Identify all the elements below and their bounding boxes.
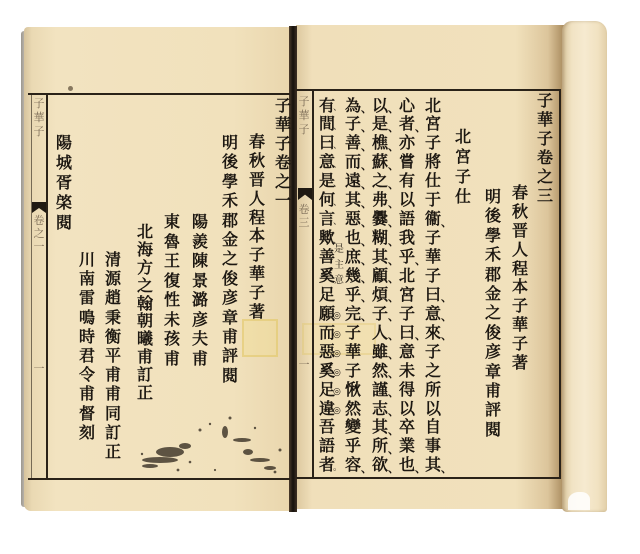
glyph: 之 bbox=[274, 172, 292, 191]
glyph: 、 bbox=[415, 327, 427, 346]
blank-cell bbox=[415, 422, 427, 441]
glyph: 君 bbox=[78, 346, 96, 365]
blank-cell bbox=[333, 288, 345, 307]
glyph: 、 bbox=[441, 460, 453, 479]
glyph: 、 bbox=[388, 176, 400, 195]
glyph: 之 bbox=[536, 167, 554, 186]
glyph: 、 bbox=[388, 327, 400, 346]
blank-cell bbox=[441, 384, 453, 403]
blank-cell bbox=[361, 365, 373, 384]
glyph: 俊 bbox=[484, 323, 502, 342]
glyph: 、 bbox=[441, 214, 453, 233]
glyph: 孩 bbox=[163, 329, 181, 349]
glyph: 子 bbox=[536, 91, 554, 110]
glyph: 、 bbox=[361, 138, 373, 157]
glyph: 刻 bbox=[78, 423, 96, 442]
glyph: 、 bbox=[333, 194, 345, 213]
glyph: 源 bbox=[104, 269, 122, 288]
right-banxin-title: 子華子 bbox=[297, 95, 311, 137]
glyph: 、 bbox=[388, 119, 400, 138]
glyph: 子 bbox=[32, 125, 46, 139]
glyph: 、 bbox=[388, 100, 400, 119]
glyph: 著 bbox=[511, 354, 529, 373]
blank-cell bbox=[441, 119, 453, 138]
right-page-top-rule bbox=[296, 89, 561, 91]
glyph: 督 bbox=[78, 404, 96, 423]
glyph: 志 bbox=[371, 400, 389, 419]
glyph: 潞 bbox=[191, 290, 209, 310]
glyph: 景 bbox=[191, 271, 209, 291]
glyph: 夫 bbox=[191, 329, 209, 349]
glyph: 衡 bbox=[104, 327, 122, 346]
glyph: 而 bbox=[344, 153, 362, 172]
glyph: 卷 bbox=[274, 153, 292, 172]
glyph: 時 bbox=[78, 327, 96, 346]
glyph: 甫 bbox=[221, 327, 239, 346]
glyph: 。 bbox=[333, 459, 345, 478]
glyph: 樵 bbox=[371, 134, 389, 153]
glyph: 、 bbox=[388, 308, 400, 327]
blank-cell bbox=[415, 384, 427, 403]
blank-cell bbox=[441, 422, 453, 441]
side-annotation: 是主意 bbox=[333, 242, 345, 289]
glyph: 復 bbox=[163, 271, 181, 291]
proofreader-line: 清源趙秉衡平甫甫同訂正 bbox=[104, 250, 122, 461]
glyph: 庶 bbox=[344, 248, 362, 267]
glyph: 語 bbox=[398, 210, 416, 229]
glyph: 、 bbox=[361, 119, 373, 138]
glyph: ◎ bbox=[333, 307, 345, 326]
glyph: 嘗 bbox=[398, 153, 416, 172]
glyph: 子 bbox=[248, 284, 266, 303]
glyph: 後 bbox=[221, 152, 239, 171]
glyph: 甫 bbox=[163, 349, 181, 369]
glyph: 閱 bbox=[221, 366, 239, 385]
glyph: 北 bbox=[136, 223, 154, 241]
glyph: 、 bbox=[388, 252, 400, 271]
glyph: 其 bbox=[344, 191, 362, 210]
glyph: 為 bbox=[344, 97, 362, 116]
book-photo: 子華子 卷之一 一 子華子卷之一 春秋晋人程本子華子著 明後學禾郡金之俊彦章甫評… bbox=[0, 0, 640, 554]
glyph: 翰 bbox=[136, 295, 154, 313]
blank-cell bbox=[441, 233, 453, 252]
glyph: ◎ bbox=[333, 345, 345, 364]
glyph: 、 bbox=[388, 460, 400, 479]
blank-cell bbox=[361, 384, 373, 403]
glyph: 後 bbox=[484, 206, 502, 225]
glyph: 程 bbox=[248, 209, 266, 228]
glyph: 意 bbox=[333, 273, 345, 289]
blank-cell bbox=[441, 157, 453, 176]
glyph: 、 bbox=[361, 460, 373, 479]
glyph: 、 bbox=[361, 270, 373, 289]
left-page-inner-rule bbox=[46, 94, 48, 479]
glyph: 金 bbox=[221, 230, 239, 249]
glyph: 、 bbox=[388, 157, 400, 176]
torn-corner bbox=[568, 492, 590, 510]
glyph: 子 bbox=[344, 362, 362, 381]
glyph: 、 bbox=[361, 157, 373, 176]
glyph: 一 bbox=[297, 358, 311, 372]
glyph: 著 bbox=[248, 303, 266, 322]
glyph: 章 bbox=[484, 362, 502, 381]
glyph: 、 bbox=[361, 289, 373, 308]
glyph: 華 bbox=[274, 115, 292, 134]
glyph: 一 bbox=[32, 362, 46, 376]
blank-cell bbox=[415, 308, 427, 327]
glyph: 乎 bbox=[344, 286, 362, 305]
glyph: 心 bbox=[398, 97, 416, 116]
glyph: 禾 bbox=[221, 191, 239, 210]
glyph: 性 bbox=[163, 290, 181, 310]
glyph: ◎ bbox=[333, 383, 345, 402]
glyph: 之 bbox=[221, 249, 239, 268]
right-banxin-volume: 卷三 bbox=[297, 203, 311, 229]
glyph: 章 bbox=[221, 308, 239, 327]
glyph: 欲 bbox=[371, 456, 389, 475]
glyph: 蘇 bbox=[371, 153, 389, 172]
glyph: 魯 bbox=[163, 232, 181, 252]
glyph: 善 bbox=[344, 134, 362, 153]
blank-cell bbox=[415, 195, 427, 214]
blank-cell bbox=[441, 252, 453, 271]
volume-heading: 子華子卷之一 bbox=[274, 96, 292, 210]
glyph: 朝 bbox=[136, 312, 154, 330]
glyph: 變 bbox=[344, 418, 362, 437]
glyph: 郡 bbox=[221, 211, 239, 230]
glyph: 弗 bbox=[371, 191, 389, 210]
editor-line: 陽羨陳景潞彦夫甫 bbox=[191, 212, 209, 368]
blank-cell bbox=[441, 195, 453, 214]
blank-cell bbox=[441, 346, 453, 365]
chapter-title: 北宮子仕 bbox=[454, 127, 472, 207]
glyph: 子 bbox=[32, 97, 46, 111]
glyph: 甫 bbox=[104, 384, 122, 403]
glyph: 華 bbox=[536, 110, 554, 129]
glyph: 三 bbox=[536, 186, 554, 205]
glyph: 、 bbox=[361, 308, 373, 327]
glyph: 爨 bbox=[371, 210, 389, 229]
glyph: 、 bbox=[361, 195, 373, 214]
glyph: 秉 bbox=[104, 308, 122, 327]
right-banxin-page-number: 一 bbox=[297, 358, 311, 372]
glyph: 以 bbox=[371, 97, 389, 116]
blank-cell bbox=[415, 403, 427, 422]
glyph: 、 bbox=[415, 119, 427, 138]
glyph: 本 bbox=[511, 278, 529, 297]
glyph: 春 bbox=[511, 184, 529, 203]
glyph: 也 bbox=[344, 229, 362, 248]
glyph: 華 bbox=[297, 109, 311, 123]
reviewer-line: 明後學禾郡金之俊彦章甫評閱 bbox=[484, 187, 502, 439]
glyph: 、 bbox=[388, 233, 400, 252]
glyph: 卷 bbox=[32, 214, 46, 227]
left-banxin-volume: 卷之一 bbox=[32, 214, 46, 253]
left-page-bottom-rule bbox=[28, 478, 290, 480]
glyph: 明 bbox=[221, 133, 239, 152]
glyph: 之 bbox=[371, 172, 389, 191]
body-text-column: 以是樵蘇之弗爨糊其顧煩子人雖然謹志其所欲 bbox=[371, 97, 389, 476]
blank-cell bbox=[441, 138, 453, 157]
glyph: 北 bbox=[454, 127, 472, 147]
reviewer-line: 陽城胥棨閱 bbox=[55, 133, 73, 233]
glyph: 、 bbox=[388, 384, 400, 403]
glyph: 宮 bbox=[398, 286, 416, 305]
glyph: 子 bbox=[511, 335, 529, 354]
glyph: 雷 bbox=[78, 288, 96, 307]
glyph: 之 bbox=[32, 227, 46, 240]
glyph: 主 bbox=[333, 258, 345, 274]
glyph: 城 bbox=[55, 153, 73, 173]
glyph: 陽 bbox=[191, 212, 209, 232]
glyph: 曰 bbox=[398, 324, 416, 343]
blank-cell bbox=[415, 100, 427, 119]
punctuation-marks: 、 、 、 、 bbox=[415, 100, 427, 479]
glyph: 、 bbox=[415, 460, 427, 479]
glyph: 晋 bbox=[511, 222, 529, 241]
glyph: 容 bbox=[344, 456, 362, 475]
glyph: 、 bbox=[388, 441, 400, 460]
glyph: 海 bbox=[136, 241, 154, 259]
glyph: 然 bbox=[371, 362, 389, 381]
glyph: 愀 bbox=[344, 381, 362, 400]
glyph: 、 bbox=[333, 175, 345, 194]
glyph: 人 bbox=[511, 241, 529, 260]
glyph: 乎 bbox=[398, 248, 416, 267]
glyph: 、 bbox=[361, 214, 373, 233]
glyph: 華 bbox=[248, 265, 266, 284]
blank-cell bbox=[415, 176, 427, 195]
glyph: 評 bbox=[484, 400, 502, 419]
glyph: 甫 bbox=[78, 384, 96, 403]
body-text-column: 為子善而遠其惡也庶幾乎完子華子愀然變乎容 bbox=[344, 97, 362, 476]
glyph: 我 bbox=[398, 229, 416, 248]
glyph: 得 bbox=[398, 381, 416, 400]
glyph: 完 bbox=[344, 305, 362, 324]
glyph: 一 bbox=[274, 191, 292, 210]
blank-cell bbox=[415, 157, 427, 176]
blank-cell bbox=[441, 270, 453, 289]
glyph: 俊 bbox=[221, 269, 239, 288]
glyph: 程 bbox=[511, 260, 529, 279]
blank-cell bbox=[361, 403, 373, 422]
glyph: 三 bbox=[297, 216, 311, 229]
glyph: 子 bbox=[511, 297, 529, 316]
glyph: 之 bbox=[136, 277, 154, 295]
glyph: 業 bbox=[398, 437, 416, 456]
glyph: 顧 bbox=[371, 267, 389, 286]
glyph: 王 bbox=[163, 251, 181, 271]
glyph: 之 bbox=[484, 303, 502, 322]
glyph: 、 bbox=[388, 403, 400, 422]
glyph: 未 bbox=[163, 310, 181, 330]
glyph: 是 bbox=[371, 115, 389, 134]
glyph: 子 bbox=[274, 134, 292, 153]
blank-cell bbox=[415, 441, 427, 460]
glyph: ◎ bbox=[333, 402, 345, 421]
glyph: 令 bbox=[78, 365, 96, 384]
glyph: 、 bbox=[333, 213, 345, 232]
glyph: 羨 bbox=[191, 232, 209, 252]
glyph: 人 bbox=[248, 190, 266, 209]
glyph: 、 bbox=[388, 138, 400, 157]
glyph: 所 bbox=[371, 437, 389, 456]
glyph: 子 bbox=[297, 123, 311, 137]
glyph: 卒 bbox=[398, 418, 416, 437]
body-text-column: 心者亦嘗有以語我乎北宮子曰意未得以卒業也 bbox=[398, 97, 416, 476]
glyph: 明 bbox=[484, 187, 502, 206]
glyph: 、 bbox=[361, 233, 373, 252]
glyph: 學 bbox=[484, 226, 502, 245]
blank-cell bbox=[415, 346, 427, 365]
left-banxin-title: 子華子 bbox=[32, 97, 46, 139]
glyph: 人 bbox=[371, 324, 389, 343]
ink-spot bbox=[68, 86, 73, 91]
glyph: 華 bbox=[32, 111, 46, 125]
glyph: 有 bbox=[398, 172, 416, 191]
glyph: 卷 bbox=[297, 203, 311, 216]
glyph: 然 bbox=[344, 400, 362, 419]
glyph: 宮 bbox=[454, 147, 472, 167]
glyph: 甫 bbox=[484, 381, 502, 400]
glyph: 、 bbox=[388, 195, 400, 214]
glyph: 南 bbox=[78, 269, 96, 288]
glyph: 甫 bbox=[191, 349, 209, 369]
glyph: 彦 bbox=[484, 342, 502, 361]
glyph: 子 bbox=[344, 324, 362, 343]
glyph: 未 bbox=[398, 362, 416, 381]
punctuation-marks: 、、、、、、、、、、、、、、、、、、、、 bbox=[388, 100, 400, 479]
glyph: 學 bbox=[221, 172, 239, 191]
glyph: 曦 bbox=[136, 330, 154, 348]
glyph: 郡 bbox=[484, 265, 502, 284]
glyph: 彦 bbox=[191, 310, 209, 330]
glyph: 金 bbox=[484, 284, 502, 303]
glyph: 正 bbox=[136, 384, 154, 402]
glyph: 意 bbox=[398, 343, 416, 362]
glyph: 、 bbox=[333, 156, 345, 175]
blank-cell bbox=[441, 403, 453, 422]
blank-cell bbox=[415, 289, 427, 308]
glyph: 方 bbox=[136, 259, 154, 277]
editor-line: 東魯王復性未孩甫 bbox=[163, 212, 181, 368]
author-line: 春秋晋人程本子華子著 bbox=[511, 184, 529, 373]
glyph: 、 bbox=[361, 100, 373, 119]
glyph: 者 bbox=[398, 115, 416, 134]
curled-page-edge bbox=[562, 21, 607, 512]
blank-cell bbox=[361, 422, 373, 441]
glyph: 、 bbox=[441, 308, 453, 327]
author-line: 春秋晋人程本子華子著 bbox=[248, 133, 266, 322]
glyph: 秋 bbox=[248, 152, 266, 171]
punctuation-marks: 、 、、、 、 bbox=[441, 100, 453, 479]
glyph: 幾 bbox=[344, 267, 362, 286]
glyph: 同 bbox=[104, 404, 122, 423]
engraver-line: 川南雷鳴時君令甫督刻 bbox=[78, 250, 96, 442]
glyph: 棨 bbox=[55, 193, 73, 213]
glyph: 春 bbox=[248, 133, 266, 152]
glyph: 一 bbox=[32, 240, 46, 253]
glyph: 彦 bbox=[221, 288, 239, 307]
blank-cell bbox=[415, 270, 427, 289]
glyph: 其 bbox=[371, 418, 389, 437]
glyph: 乎 bbox=[344, 437, 362, 456]
blank-cell bbox=[415, 138, 427, 157]
right-page-inner-rule bbox=[312, 90, 314, 478]
left-banxin-outer-rule bbox=[31, 94, 32, 479]
blank-cell bbox=[441, 176, 453, 195]
glyph: 子 bbox=[454, 167, 472, 187]
blank-cell bbox=[415, 365, 427, 384]
glyph: 煩 bbox=[371, 286, 389, 305]
glyph: 晋 bbox=[248, 171, 266, 190]
glyph: 北 bbox=[398, 267, 416, 286]
glyph: 、 bbox=[361, 252, 373, 271]
glyph: 、 bbox=[388, 214, 400, 233]
blank-cell bbox=[415, 214, 427, 233]
glyph: 也 bbox=[398, 456, 416, 475]
volume-heading: 子華子卷之三 bbox=[536, 91, 554, 205]
glyph: 、 bbox=[333, 118, 345, 137]
glyph: 子 bbox=[371, 305, 389, 324]
glyph: 華 bbox=[511, 316, 529, 335]
glyph: 胥 bbox=[55, 173, 73, 193]
glyph: 、 bbox=[333, 99, 345, 118]
glyph: 趙 bbox=[104, 288, 122, 307]
glyph: 陽 bbox=[55, 133, 73, 153]
glyph: 本 bbox=[248, 227, 266, 246]
glyph: 是 bbox=[333, 242, 345, 258]
glyph: 甫 bbox=[104, 365, 122, 384]
glyph: 謹 bbox=[371, 381, 389, 400]
glyph: 、 bbox=[388, 365, 400, 384]
glyph: 其 bbox=[371, 248, 389, 267]
blank-cell bbox=[441, 441, 453, 460]
glyph: 評 bbox=[221, 346, 239, 365]
glyph: 秋 bbox=[511, 203, 529, 222]
ink-stain bbox=[130, 410, 290, 482]
glyph: 子 bbox=[536, 129, 554, 148]
blank-cell bbox=[415, 233, 427, 252]
glyph: 、 bbox=[388, 289, 400, 308]
glyph: 閱 bbox=[484, 420, 502, 439]
glyph: 川 bbox=[78, 250, 96, 269]
glyph: 以 bbox=[398, 191, 416, 210]
glyph: 、 bbox=[441, 289, 453, 308]
glyph: 子 bbox=[398, 305, 416, 324]
glyph: 糊 bbox=[371, 229, 389, 248]
glyph: 卷 bbox=[536, 148, 554, 167]
glyph: 子 bbox=[297, 95, 311, 109]
blank-cell bbox=[361, 346, 373, 365]
glyph: 東 bbox=[163, 212, 181, 232]
glyph: ◎ bbox=[333, 364, 345, 383]
glyph: 禾 bbox=[484, 245, 502, 264]
glyph: 仕 bbox=[454, 187, 472, 207]
punctuation-marks: 、、、、、、、、、、、、 、 bbox=[361, 100, 373, 479]
blank-cell bbox=[441, 365, 453, 384]
glyph: 訂 bbox=[136, 366, 154, 384]
proofreader-line: 北海方之翰朝曦甫訂正 bbox=[136, 223, 154, 402]
reviewer-line: 明後學禾郡金之俊彦章甫評閱 bbox=[221, 133, 239, 385]
blank-cell bbox=[361, 441, 373, 460]
glyph: 平 bbox=[104, 346, 122, 365]
glyph: 、 bbox=[441, 327, 453, 346]
glyph: 鳴 bbox=[78, 308, 96, 327]
glyph: 、 bbox=[388, 422, 400, 441]
glyph: 訂 bbox=[104, 423, 122, 442]
glyph: 惡 bbox=[344, 210, 362, 229]
